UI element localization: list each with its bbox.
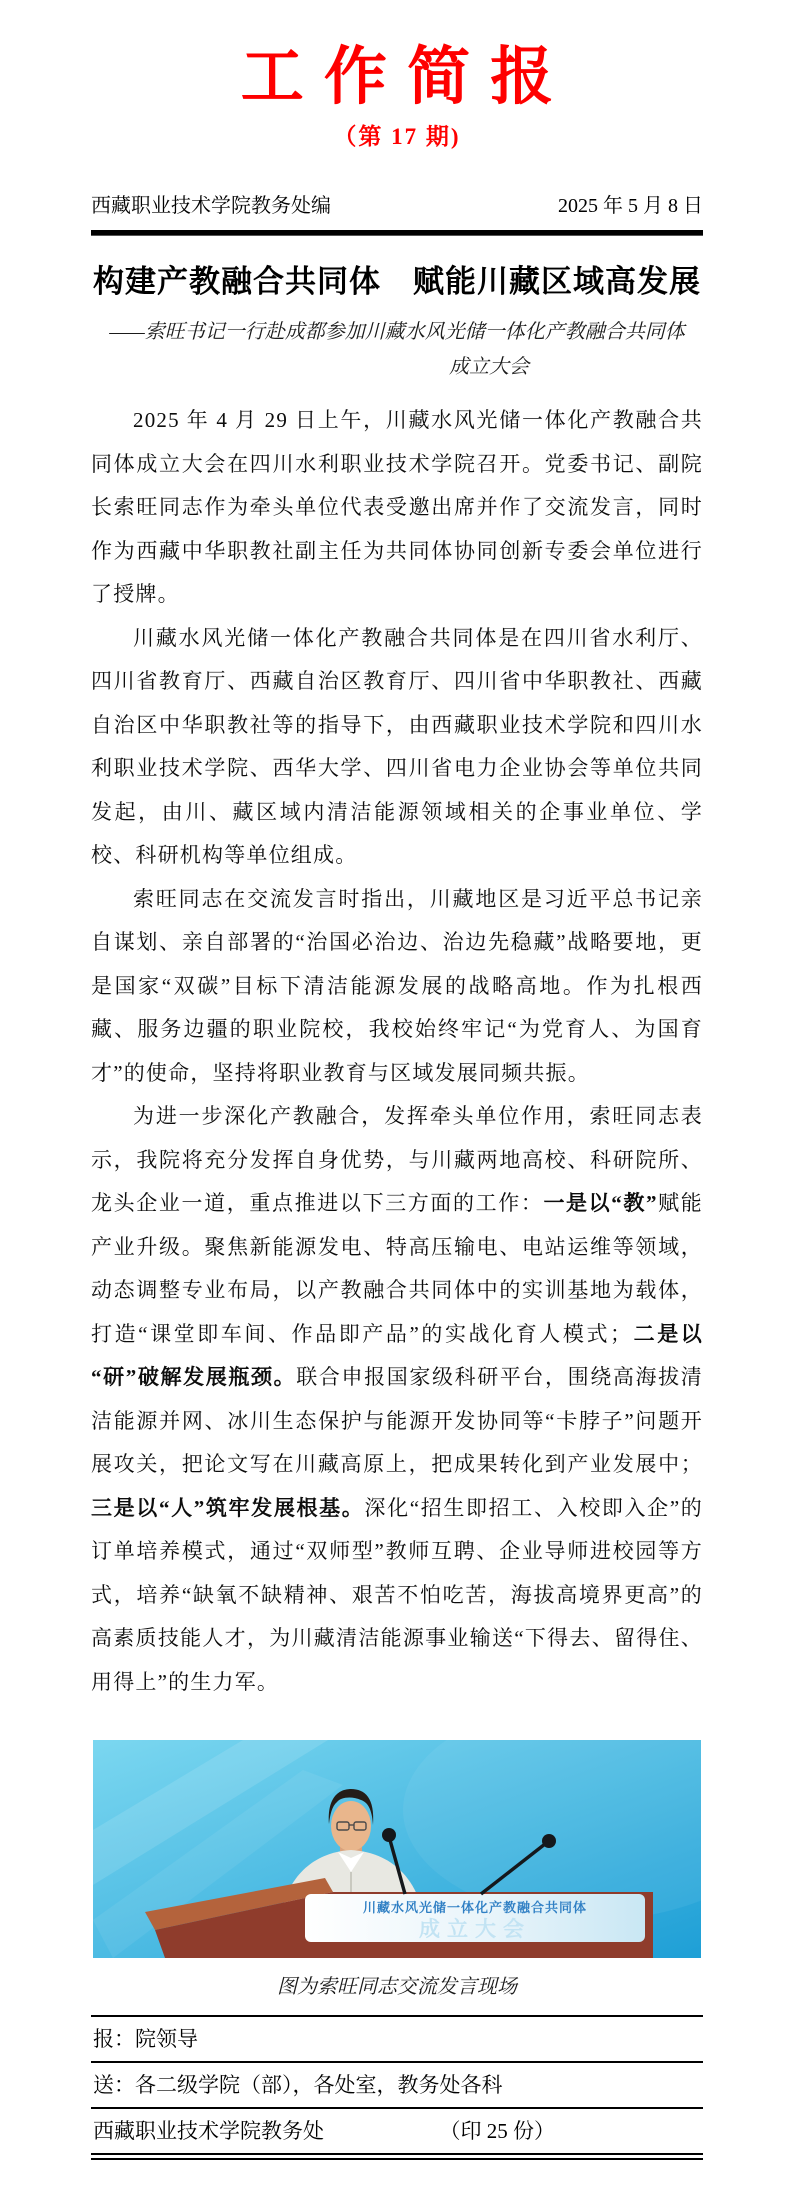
article: 构建产教融合共同体 赋能川藏区域高发展 ——索旺书记一行赴成都参加川藏水风光储一… [91,256,703,1999]
body-paragraph: 为进一步深化产教融合，发挥牵头单位作用，索旺同志表示，我院将充分发挥自身优势，与… [91,1095,703,1704]
body-paragraph: 索旺同志在交流发言时指出，川藏地区是习近平总书记亲自谋划、亲自部署的“治国必治边… [91,878,703,1096]
footer-report-row: 报：院领导 [91,2015,703,2061]
body-paragraph: 2025 年 4 月 29 日上午，川藏水风光储一体化产教融合共同体成立大会在四… [91,399,703,617]
distribution-footer: 报：院领导 送：各二级学院（部），各处室，教务处各科 西藏职业技术学院教务处 （… [91,2015,703,2160]
bulletin-page: 工作简报 （第 17 期) 西藏职业技术学院教务处编 2025 年 5 月 8 … [0,0,794,2190]
footer-bottom-rule [91,2153,703,2160]
editor-label: 西藏职业技术学院教务处编 [91,189,331,218]
report-to-text: 报：院领导 [93,2025,198,2053]
publication-row: 西藏职业技术学院教务处编 2025 年 5 月 8 日 [91,189,703,218]
news-photo: 川藏水风光储一体化产教融合共同体 成立大会 [93,1740,701,1958]
footer-send-row: 送：各二级学院（部），各处室，教务处各科 [91,2061,703,2107]
photo-caption: 图为索旺同志交流发言现场 [91,1970,703,1999]
emphasis-text: 一是以“教” [543,1191,657,1215]
publisher-text: 西藏职业技术学院教务处 [93,2117,324,2145]
body-text: 索旺同志在交流发言时指出，川藏地区是习近平总书记亲自谋划、亲自部署的“治国必治边… [91,887,703,1085]
masthead: 工作简报 （第 17 期) 西藏职业技术学院教务处编 2025 年 5 月 8 … [91,44,703,236]
subtitle-line2: 成立大会 [183,350,794,385]
body-paragraph: 川藏水风光储一体化产教融合共同体是在四川省水利厅、四川省教育厅、西藏自治区教育厅… [91,617,703,878]
send-to-text: 送：各二级学院（部），各处室，教务处各科 [93,2071,503,2099]
emphasis-text: 三是以“人”筑牢发展根基。 [91,1496,364,1520]
body-text: 深化“招生即招工、入校即入企”的订单培养模式，通过“双师型”教师互聘、企业导师进… [91,1496,703,1694]
bulletin-title: 工作简报 [91,44,703,110]
banner-title-line1: 川藏水风光储一体化产教融合共同体 [363,1900,587,1915]
article-body: 2025 年 4 月 29 日上午，川藏水风光储一体化产教融合共同体成立大会在四… [91,399,703,1704]
masthead-rule [91,230,703,236]
body-text: 2025 年 4 月 29 日上午，川藏水风光储一体化产教融合共同体成立大会在四… [91,408,703,606]
article-subtitle: ——索旺书记一行赴成都参加川藏水风光储一体化产教融合共同体 成立大会 [91,315,703,385]
issue-number: （第 17 期) [91,118,703,151]
publication-date: 2025 年 5 月 8 日 [558,189,703,218]
subtitle-line1: ——索旺书记一行赴成都参加川藏水风光储一体化产教融合共同体 [91,315,703,350]
news-photo-figure: 川藏水风光储一体化产教融合共同体 成立大会 图为索旺同志交流发言现场 [91,1740,703,1999]
print-copies-text: （印 25 份） [440,2117,556,2145]
footer-publisher-row: 西藏职业技术学院教务处 （印 25 份） [91,2107,703,2153]
article-title: 构建产教融合共同体 赋能川藏区域高发展 [91,256,703,301]
banner-title-line2: 成立大会 [419,1917,531,1941]
microphone-right-head [542,1834,556,1848]
body-text: 川藏水风光储一体化产教融合共同体是在四川省水利厅、四川省教育厅、西藏自治区教育厅… [91,626,703,868]
microphone-left-head [382,1828,396,1842]
